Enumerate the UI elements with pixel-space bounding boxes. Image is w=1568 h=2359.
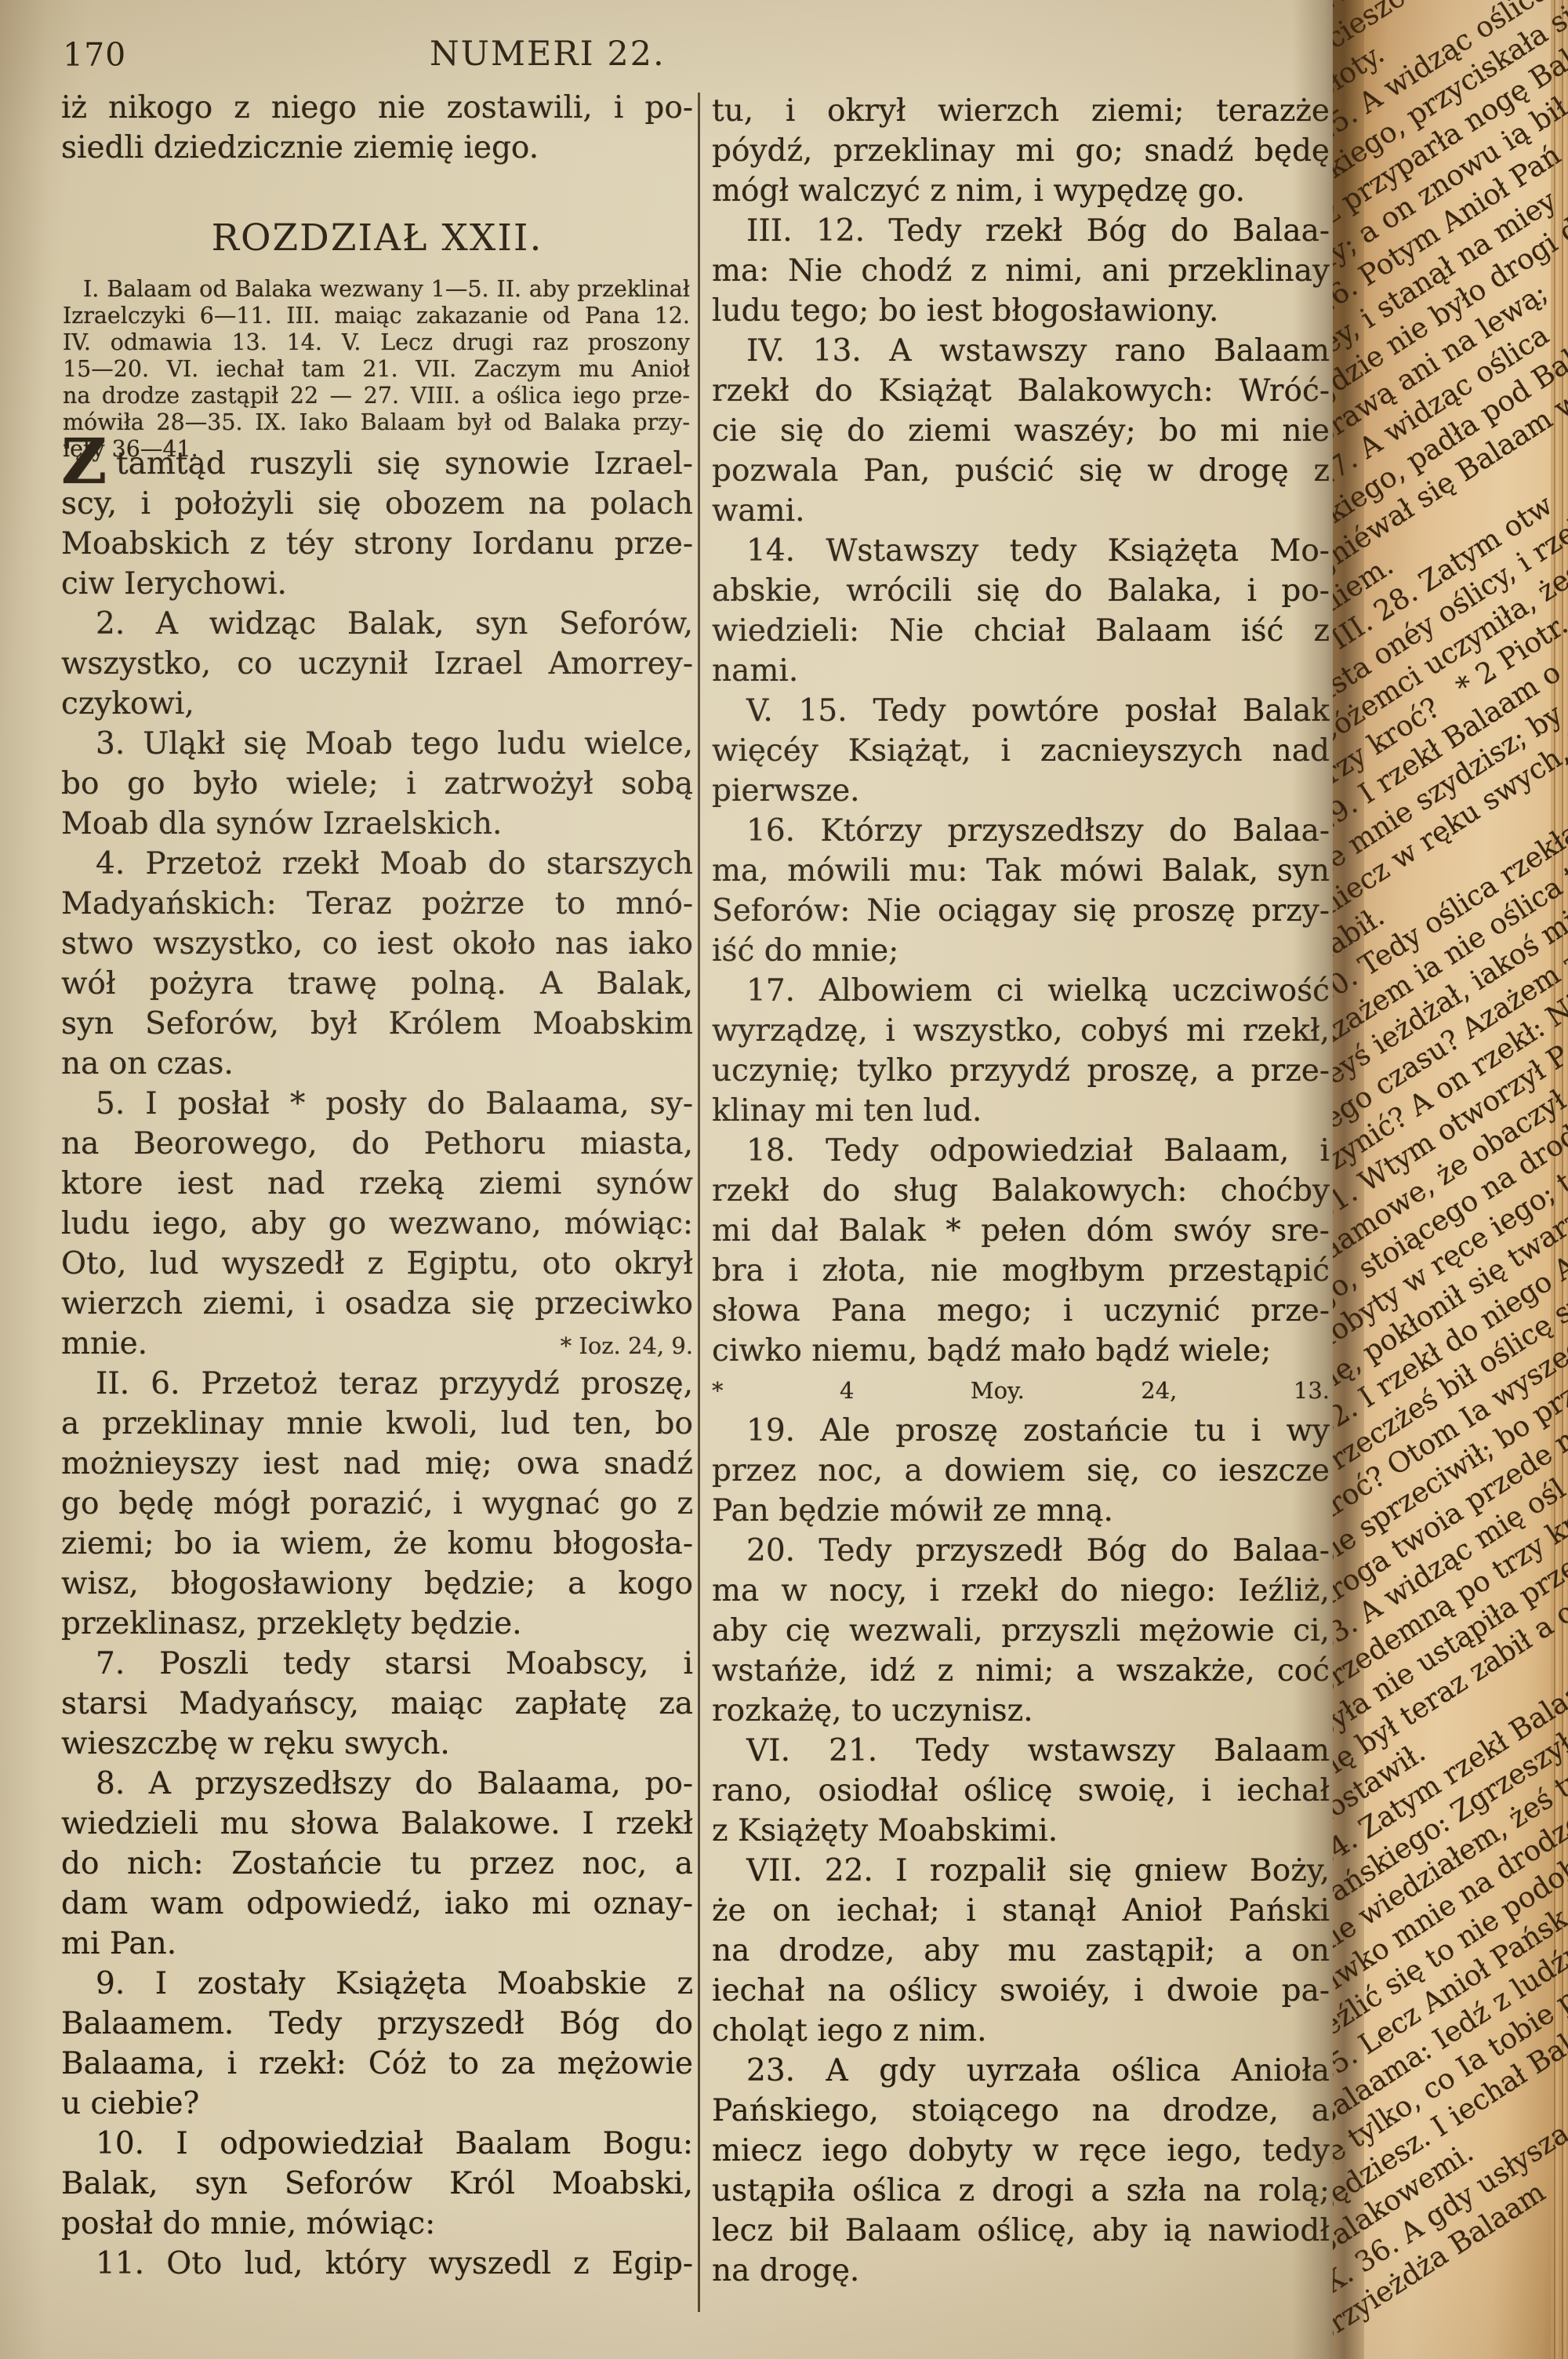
text-line: Oto, lud wyszedł z Egiptu, oto okrył <box>61 1244 693 1284</box>
text-line: choląt iego z nim. <box>712 2011 1330 2051</box>
chapter-summary: I. Balaam od Balaka wezwany 1—5. II. aby… <box>63 276 690 463</box>
text-line: przez noc, a dowiem się, co ieszcze <box>712 1451 1330 1491</box>
text-line: ciwko niemu, bądź mało bądź wiele; <box>712 1331 1330 1371</box>
text-line: scy, i położyli się obozem na polach <box>61 484 693 524</box>
text-line: na drodze zastąpił 22 — 27. VIII. a ośli… <box>63 383 690 409</box>
text-line: a przeklinay mnie kwoli, lud ten, bo <box>61 1404 693 1444</box>
right-column-text: tu, i okrył wierzch ziemi; terazżepóydź,… <box>712 91 1330 2291</box>
text-line: lecz bił Balaam oślicę, aby ią nawiodł <box>712 2211 1330 2251</box>
text-line: VI. 21. Tedy wstawszy Balaam <box>712 1731 1330 1771</box>
text-line: rano, osiodłał oślicę swoię, i iechał <box>712 1771 1330 1811</box>
text-line: ustąpiła oślica z drogi a szła na rolą; <box>712 2171 1330 2211</box>
running-title: NUMERI 22. <box>430 35 666 74</box>
text-line: 23. A gdy uyrzała oślica Anioła <box>712 2051 1330 2091</box>
text-line: ktore iest nad rzeką ziemi synów <box>61 1164 693 1204</box>
footnote-reference: * Ioz. 24, 9. <box>561 1326 693 1364</box>
text-line: na Beorowego, do Pethoru miasta, <box>61 1124 693 1164</box>
text-line: że on iechał; i stanął Anioł Pański <box>712 1891 1330 1931</box>
text-line: wszystko, co uczynił Izrael Amorrey- <box>61 644 693 684</box>
left-column-continuation: iż nikogo z niego nie zostawili, i po-si… <box>61 88 693 168</box>
text-line: wierzch ziemi, i osadza się przeciwko <box>61 1284 693 1324</box>
text-line: 8. A przyszedłszy do Balaama, po- <box>61 1764 693 1804</box>
text-line: nami. <box>712 651 1330 691</box>
text-line: z Książęty Moabskimi. <box>712 1811 1330 1851</box>
text-line: mówiła 28—35. IX. Iako Balaam był od Bal… <box>63 409 690 436</box>
text-line: czykowi, <box>61 684 693 724</box>
text-line: na drodze, aby mu zastąpił; a on <box>712 1931 1330 1971</box>
text-line: 11. Oto lud, który wyszedl z Egip- <box>61 2244 693 2284</box>
text-line: V. 15. Tedy powtóre posłał Balak <box>712 691 1330 731</box>
text-line: 16. Którzy przyszedłszy do Balaa- <box>712 811 1330 851</box>
page-number: 170 <box>63 36 126 74</box>
text-line: Pan będzie mówił ze mną. <box>712 1491 1330 1531</box>
text-line: 14. Wstawszy tedy Książęta Mo- <box>712 531 1330 571</box>
text-line: Moab dla synów Izraelskich. <box>61 804 693 844</box>
text-line: na on czas. <box>61 1044 693 1084</box>
text-line: ziemi; bo ia wiem, że komu błogosła- <box>61 1524 693 1564</box>
text-line: wstańże, idź z nimi; a wszakże, coć <box>712 1651 1330 1691</box>
text-line: Balak, syn Seforów Król Moabski, <box>61 2164 693 2204</box>
text-line: pozwala Pan, puścić się w drogę z <box>712 451 1330 491</box>
text-line: II. 6. Przetoż teraz przyydź proszę, <box>61 1364 693 1404</box>
text-line: póydź, przeklinay mi go; snadź będę <box>712 131 1330 171</box>
text-line: klinay mi ten lud. <box>712 1091 1330 1131</box>
text-line: iść do mnie; <box>712 931 1330 971</box>
text-line: słowa Pana mego; i uczynić prze- <box>712 1291 1330 1331</box>
text-line: uczynię; tylko przyydź proszę, a prze- <box>712 1051 1330 1091</box>
text-line: przeklinasz, przeklęty będzie. <box>61 1604 693 1644</box>
text-line: go będę mógł porazić, i wygnać go z <box>61 1484 693 1524</box>
text-line: mi Pan. <box>61 1924 693 1964</box>
text-line: Seforów: Nie ociągay się proszę przy- <box>712 891 1330 931</box>
text-line: iż nikogo z niego nie zostawili, i po- <box>61 88 693 128</box>
text-line: 20. Tedy przyszedł Bóg do Balaa- <box>712 1531 1330 1571</box>
text-line: mi dał Balak * pełen dóm swóy sre- <box>712 1211 1330 1251</box>
text-line: stwo wszystko, co iest około nas iako <box>61 924 693 964</box>
chapter-heading: ROZDZIAŁ XXII. <box>61 216 693 260</box>
text-line: 15—20. VI. iechał tam 21. VII. Zaczym mu… <box>63 356 690 383</box>
text-line: rzekł do Książąt Balakowych: Wróć- <box>712 371 1330 411</box>
text-line: wisz, błogosławiony będzie; a kogo <box>61 1564 693 1604</box>
text-line: bo go było wiele; i zatrwożył sobą <box>61 764 693 804</box>
text-line: ludu tego; bo iest błogosławiony. <box>712 291 1330 331</box>
text-line: wami. <box>712 491 1330 531</box>
text-line: aby cię wezwali, przyszli mężowie ci, <box>712 1611 1330 1651</box>
text-line: pierwsze. <box>712 771 1330 811</box>
text-line: ludu iego, aby go wezwano, mówiąc: <box>61 1204 693 1244</box>
adjacent-page-curved-edge: 24. Tedy stanął Anścieszce u winnicy mpł… <box>1333 0 1568 2359</box>
text-line: ma w nocy, i rzekł do niego: Ieźliż, <box>712 1571 1330 1611</box>
text-line: do nich: Zostańcie tu przez noc, a <box>61 1844 693 1884</box>
text-line: tu, i okrył wierzch ziemi; terazże <box>712 91 1330 131</box>
text-line: ma: Nie chodź z nimi, ani przeklinay <box>712 251 1330 291</box>
text-line: rozkażę, to uczynisz. <box>712 1691 1330 1731</box>
text-line: Balaamem. Tedy przyszedł Bóg do <box>61 2004 693 2044</box>
text-line: 18. Tedy odpowiedział Balaam, i <box>712 1131 1330 1171</box>
text-line: wieszczbę w ręku swych. <box>61 1724 693 1764</box>
column-divider-rule <box>698 93 700 2312</box>
text-line: Izraelczyki 6—11. III. maiąc zakazanie o… <box>63 303 690 329</box>
text-line: bra i złota, nie mogłbym przestąpić <box>712 1251 1330 1291</box>
text-line: siedli dziedzicznie ziemię iego. <box>61 128 693 168</box>
text-line: Pańskiego, stoiącego na drodze, a <box>712 2091 1330 2131</box>
text-line: 17. Albowiem ci wielką uczciwość <box>712 971 1330 1011</box>
text-line: mnie.* Ioz. 24, 9. <box>61 1324 693 1364</box>
text-line: 9. I zostały Książęta Moabskie z <box>61 1964 693 2004</box>
text-line: mógł walczyć z nim, i wypędzę go. <box>712 171 1330 211</box>
text-line: więcéy Książąt, i zacnieyszych nad <box>712 731 1330 771</box>
text-line: IV. 13. A wstawszy rano Balaam <box>712 331 1330 371</box>
text-line: wół pożyra trawę polną. A Balak, <box>61 964 693 1004</box>
text-line: abskie, wrócili się do Balaka, i po- <box>712 571 1330 611</box>
text-line: * 4 Moy. 24, 13. <box>712 1371 1330 1411</box>
text-line: mnie. <box>61 1324 147 1364</box>
text-line: iechał na oślicy swoiéy, i dwoie pa- <box>712 1971 1330 2011</box>
text-line: syn Seforów, był Królem Moabskim <box>61 1004 693 1044</box>
text-line: 2. A widząc Balak, syn Seforów, <box>61 604 693 644</box>
text-line: u ciebie? <box>61 2084 693 2124</box>
text-line: miecz iego dobyty w ręce iego, tedy <box>712 2131 1330 2171</box>
left-column-text: tamtąd ruszyli się synowie Izrael-scy, i… <box>61 444 693 2284</box>
text-line: 3. Uląkł się Moab tego ludu wielce, <box>61 724 693 764</box>
text-line: IV. odmawia 13. 14. V. Lecz drugi raz pr… <box>63 329 690 356</box>
text-line: 7. Poszli tedy starsi Moabscy, i <box>61 1644 693 1684</box>
text-line: Balaama, i rzekł: Cóż to za mężowie <box>61 2044 693 2084</box>
text-line: VII. 22. I rozpalił się gniew Boży, <box>712 1851 1330 1891</box>
text-line: 19. Ale proszę zostańcie tu i wy <box>712 1411 1330 1451</box>
text-line: wiedzieli mu słowa Balakowe. I rzekł <box>61 1804 693 1844</box>
text-line: wyrządzę, i wszystko, cobyś mi rzekł, <box>712 1011 1330 1051</box>
text-line: posłał do mnie, mówiąc: <box>61 2204 693 2244</box>
text-line: na drogę. <box>712 2251 1330 2291</box>
text-line: wiedzieli: Nie chciał Balaam iść z <box>712 611 1330 651</box>
text-line: ciw Ierychowi. <box>61 564 693 604</box>
text-line: III. 12. Tedy rzekł Bóg do Balaa- <box>712 211 1330 251</box>
text-line: Madyańskich: Teraz pożrze to mnó- <box>61 884 693 924</box>
text-line: tamtąd ruszyli się synowie Izrael- <box>61 444 693 484</box>
text-line: I. Balaam od Balaka wezwany 1—5. II. aby… <box>63 276 690 303</box>
text-line: starsi Madyańscy, maiąc zapłatę za <box>61 1684 693 1724</box>
text-line: 4. Przetoż rzekł Moab do starszych <box>61 844 693 884</box>
text-line: możnieyszy iest nad mię; owa snadź <box>61 1444 693 1484</box>
text-line: 5. I posłał * posły do Balaama, sy- <box>61 1084 693 1124</box>
text-line: rzekł do sług Balakowych: choćby <box>712 1171 1330 1211</box>
text-line: Moabskich z téy strony Iordanu prze- <box>61 524 693 564</box>
text-line: ma, mówili mu: Tak mówi Balak, syn <box>712 851 1330 891</box>
text-line: dam wam odpowiedź, iako mi oznay- <box>61 1884 693 1924</box>
text-line: 10. I odpowiedział Baalam Bogu: <box>61 2124 693 2164</box>
text-line: cie się do ziemi waszéy; bo mi nie <box>712 411 1330 451</box>
